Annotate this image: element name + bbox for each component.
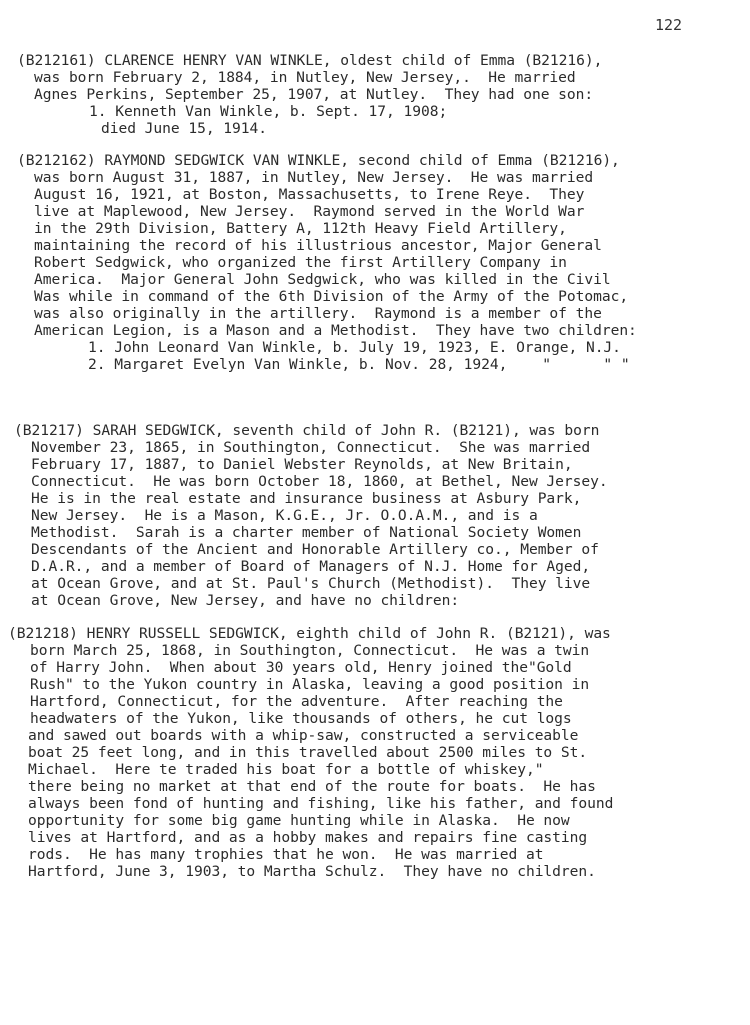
entry-body-line: live at Maplewood, New Jersey. Raymond s…	[34, 203, 584, 220]
entry-body-line: Agnes Perkins, September 25, 1907, at Nu…	[34, 86, 593, 103]
entry-body-line: was also originally in the artillery. Ra…	[34, 305, 602, 322]
entry-body-line: was born August 31, 1887, in Nutley, New…	[34, 169, 593, 186]
entry-heading-line: (B212161) CLARENCE HENRY VAN WINKLE, old…	[17, 52, 602, 69]
entry-body-line: Hartford, June 3, 1903, to Martha Schulz…	[28, 863, 596, 880]
entry-body-line: born March 25, 1868, in Southington, Con…	[30, 642, 589, 659]
entry-body-line: was born February 2, 1884, in Nutley, Ne…	[34, 69, 576, 86]
entry-body-line: Methodist. Sarah is a charter member of …	[31, 524, 581, 541]
entry-body-line: there being no market at that end of the…	[28, 778, 596, 795]
entry-body-line: always been fond of hunting and fishing,…	[28, 795, 613, 812]
entry-body-line: of Harry John. When about 30 years old, …	[30, 659, 572, 676]
entry-body-line: America. Major General John Sedgwick, wh…	[34, 271, 611, 288]
entry-body-line: in the 29th Division, Battery A, 112th H…	[34, 220, 567, 237]
entry-body-line: maintaining the record of his illustriou…	[34, 237, 602, 254]
entry-body-line: Connecticut. He was born October 18, 186…	[31, 473, 608, 490]
entry-body-line: August 16, 1921, at Boston, Massachusett…	[34, 186, 584, 203]
entry-heading-line: (B212162) RAYMOND SEDGWICK VAN WINKLE, s…	[17, 152, 620, 169]
entry-body-line: lives at Hartford, and as a hobby makes …	[28, 829, 587, 846]
entry-heading-line: (B21217) SARAH SEDGWICK, seventh child o…	[14, 422, 599, 439]
entry-body-line: Descendants of the Ancient and Honorable…	[31, 541, 599, 558]
child-list-item: 1. John Leonard Van Winkle, b. July 19, …	[88, 339, 621, 356]
entry-body-line: Hartford, Connecticut, for the adventure…	[30, 693, 563, 710]
entry-body-line: February 17, 1887, to Daniel Webster Rey…	[31, 456, 573, 473]
entry-body-line: opportunity for some big game hunting wh…	[28, 812, 570, 829]
entry-body-line: November 23, 1865, in Southington, Conne…	[31, 439, 590, 456]
entry-body-line: headwaters of the Yukon, like thousands …	[30, 710, 572, 727]
entry-body-line: Robert Sedgwick, who organized the first…	[34, 254, 567, 271]
entry-body-line: and sawed out boards with a whip-saw, co…	[28, 727, 578, 744]
child-list-item-continuation: died June 15, 1914.	[101, 120, 267, 137]
entry-body-line: He is in the real estate and insurance b…	[31, 490, 581, 507]
entry-body-line: rods. He has many trophies that he won. …	[28, 846, 543, 863]
entry-body-line: Rush" to the Yukon country in Alaska, le…	[30, 676, 589, 693]
entry-body-line: Michael. Here te traded his boat for a b…	[28, 761, 543, 778]
page-number: 122	[655, 16, 682, 34]
entry-body-line: boat 25 feet long, and in this travelled…	[28, 744, 587, 761]
entry-body-line: New Jersey. He is a Mason, K.G.E., Jr. O…	[31, 507, 538, 524]
entry-body-line: D.A.R., and a member of Board of Manager…	[31, 558, 590, 575]
entry-body-line: at Ocean Grove, New Jersey, and have no …	[31, 592, 459, 609]
entry-body-line: at Ocean Grove, and at St. Paul's Church…	[31, 575, 590, 592]
child-list-item: 2. Margaret Evelyn Van Winkle, b. Nov. 2…	[88, 356, 630, 373]
entry-heading-line: (B21218) HENRY RUSSELL SEDGWICK, eighth …	[8, 625, 611, 642]
child-list-item: 1. Kenneth Van Winkle, b. Sept. 17, 1908…	[89, 103, 447, 120]
entry-body-line: American Legion, is a Mason and a Method…	[34, 322, 637, 339]
entry-body-line: Was while in command of the 6th Division…	[34, 288, 628, 305]
